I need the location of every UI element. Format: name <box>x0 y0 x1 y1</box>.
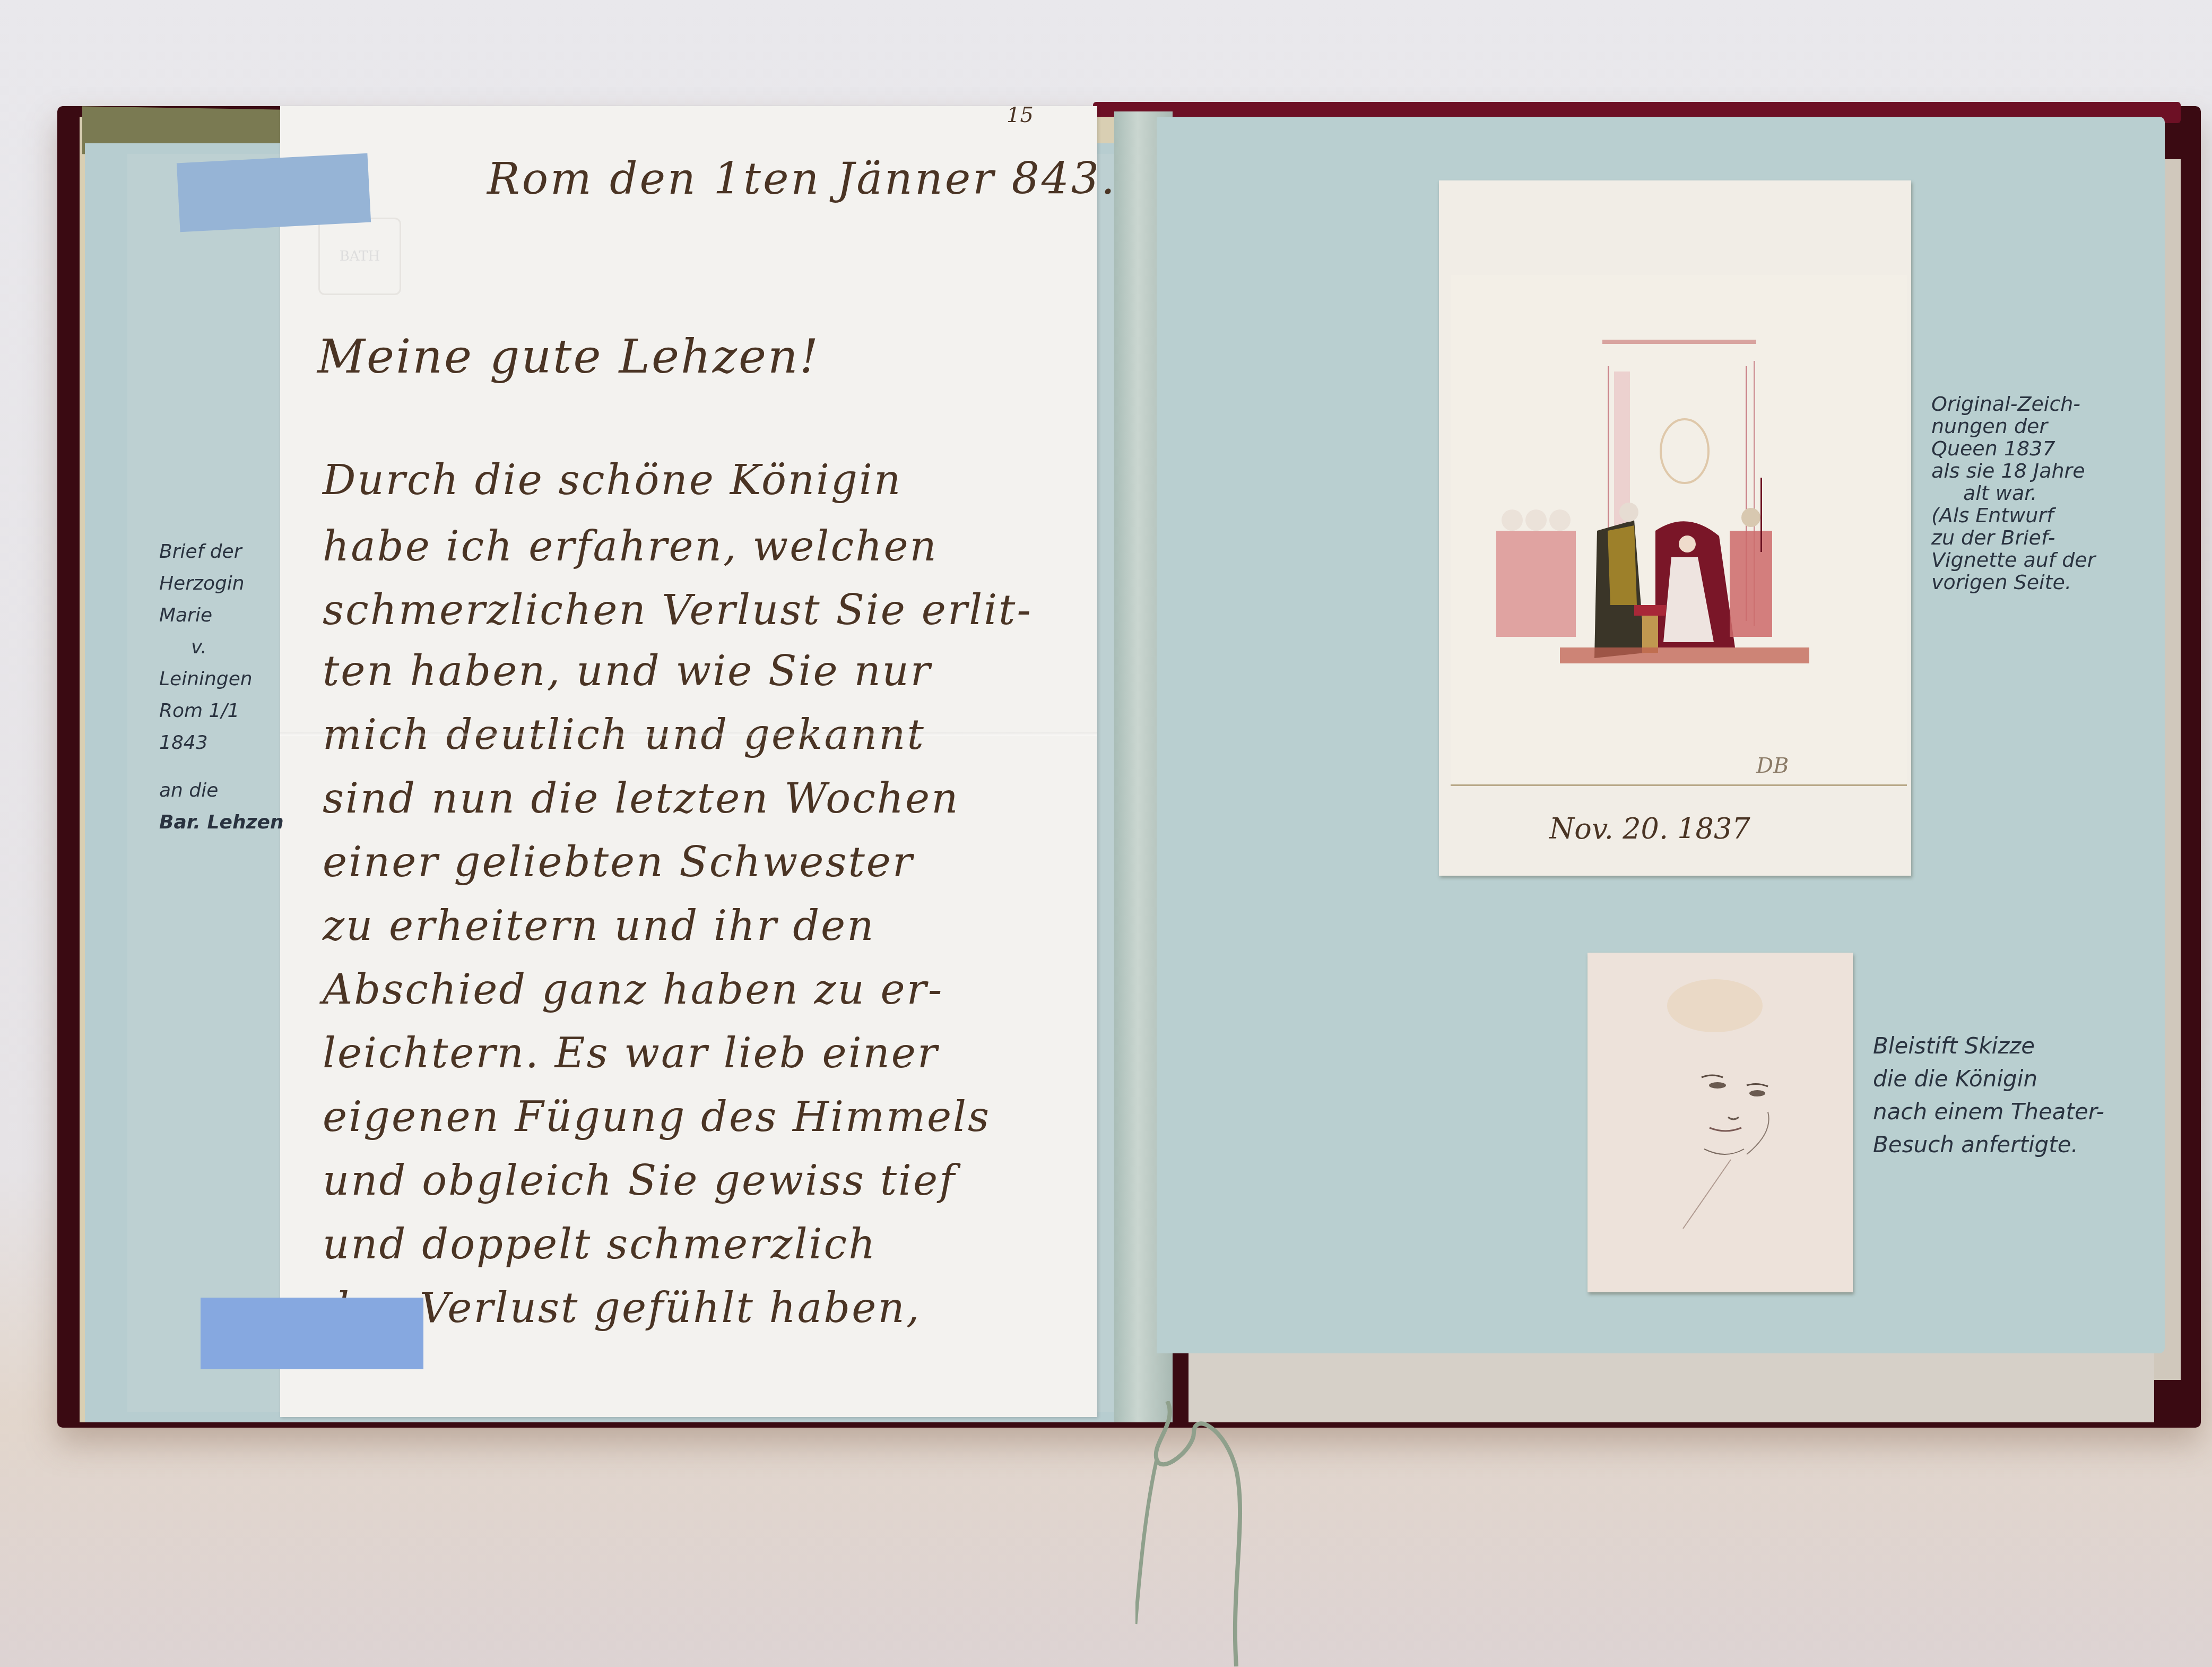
letter-line: mich deutlich und gekannt <box>323 711 925 759</box>
binding-cord <box>1135 1401 1295 1666</box>
right-top-margin-note: Original-Zeich- nungen der Queen 1837 al… <box>1931 393 2154 593</box>
watercolour-ceremony-scene <box>1475 308 1846 679</box>
note-line: als sie 18 Jahre <box>1931 460 2154 482</box>
note-line: Original-Zeich- <box>1931 393 2154 415</box>
note-line: zu der Brief- <box>1931 526 2154 549</box>
letter-line: schmerzlichen Verlust Sie erlit- <box>323 586 1033 634</box>
page-number: 15 <box>1007 103 1034 127</box>
note-line: Bleistift Skizze <box>1873 1030 2122 1063</box>
letter-line: Abschied ganz haben zu er- <box>323 966 943 1014</box>
blue-mounting-tab-bottom <box>201 1298 423 1369</box>
note-line: Marie <box>159 600 287 632</box>
blue-mounting-tab-top <box>177 153 371 232</box>
note-line: nungen der <box>1931 415 2154 437</box>
emboss-stamp: BATH <box>318 218 401 295</box>
letter-line: leichtern. Es war lieb einer <box>323 1030 939 1077</box>
right-bottom-margin-note: Bleistift Skizze die die Königin nach ei… <box>1873 1030 2122 1161</box>
letter-line: ten haben, und wie Sie nur <box>323 647 932 695</box>
note-line: (Als Entwurf <box>1931 504 2154 526</box>
note-line: Leiningen <box>159 663 287 695</box>
letter-line: Durch die schöne Königin <box>323 456 902 504</box>
handwritten-letter: 15 Rom den 1ten Jänner 843. Meine gute L… <box>280 106 1097 1417</box>
note-line: Herzogin <box>159 568 287 600</box>
note-line: nach einem Theater- <box>1873 1095 2122 1128</box>
letter-line: zu erheitern und ihr den <box>323 902 875 950</box>
letter-dateline: Rom den 1ten Jänner 843. <box>487 154 1117 204</box>
letter-salutation: Meine gute Lehzen! <box>317 329 820 384</box>
artist-initials: DB <box>1756 754 1789 778</box>
note-line: Vignette auf der <box>1931 549 2154 571</box>
note-line: Bar. Lehzen <box>159 807 287 839</box>
letter-line: einer geliebten Schwester <box>323 839 914 886</box>
letter-line: habe ich erfahren, welchen <box>323 523 938 571</box>
note-line: alt war. <box>1931 482 2154 504</box>
letter-line: und doppelt schmerzlich <box>323 1221 877 1268</box>
note-line: Brief der <box>159 536 287 568</box>
note-line: die die Königin <box>1873 1063 2122 1095</box>
letter-line: eigenen Fügung des Himmels <box>323 1093 991 1141</box>
watercolour-date: Nov. 20. 1837 <box>1549 812 1750 845</box>
note-line: vorigen Seite. <box>1931 571 2154 593</box>
note-line: an die <box>159 775 287 807</box>
letter-line: sind nun die letzten Wochen <box>323 775 960 823</box>
note-line: v. <box>159 632 287 663</box>
portrait-face-drawing <box>1588 953 1853 1292</box>
pencil-portrait-sketch <box>1588 953 1853 1292</box>
note-line: Besuch anfertigte. <box>1873 1128 2122 1161</box>
left-margin-note: Brief der Herzogin Marie v. Leiningen Ro… <box>159 536 287 839</box>
note-line: Rom 1/1 1843 <box>159 695 287 759</box>
note-line: Queen 1837 <box>1931 437 2154 460</box>
letter-line: und obgleich Sie gewiss tief <box>323 1157 956 1205</box>
